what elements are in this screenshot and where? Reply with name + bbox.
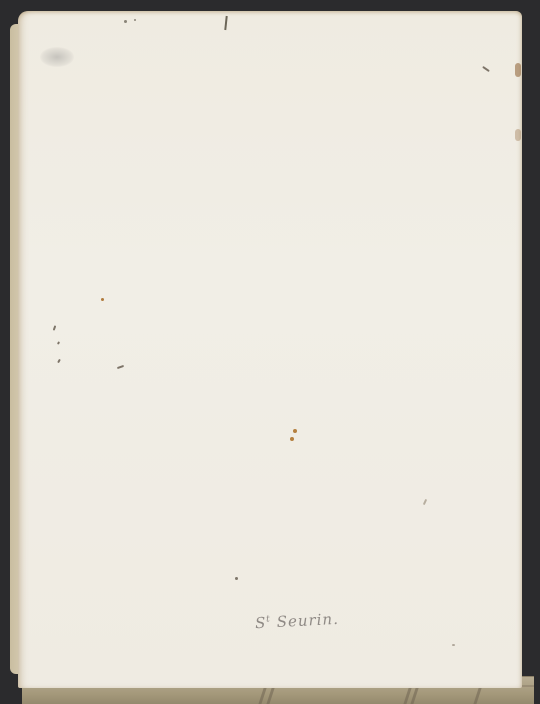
sketchbook-page [18, 11, 522, 688]
scanned-sketchbook: St Seurin. [0, 0, 540, 704]
speck [124, 20, 127, 23]
page-mark [224, 16, 227, 30]
ink-mark [57, 341, 60, 345]
edge-stain [515, 63, 521, 77]
foxing-spot [293, 429, 297, 433]
foxing-spot [290, 437, 294, 441]
ink-mark [117, 365, 124, 369]
ink-mark [53, 325, 57, 330]
speck [235, 577, 238, 580]
ink-mark [482, 66, 490, 72]
speck [134, 19, 136, 21]
pencil-mark [423, 499, 427, 505]
edge-stain [515, 129, 521, 141]
caption-text: Seurin. [270, 610, 339, 632]
collection-stamp [40, 47, 74, 67]
speck [452, 644, 455, 646]
ink-mark [57, 359, 61, 363]
foxing-spot [101, 298, 104, 301]
